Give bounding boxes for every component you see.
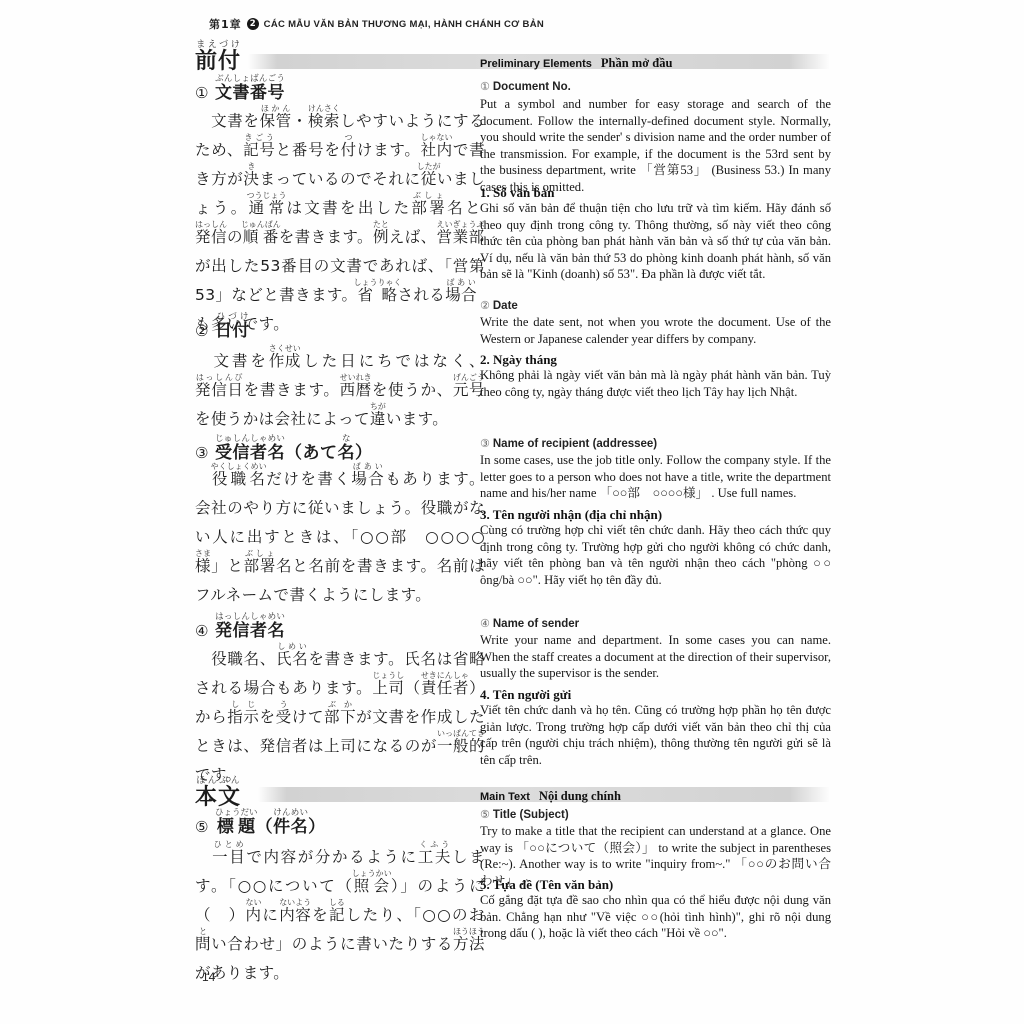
title-en: Name of recipient (addressee) (493, 438, 657, 450)
right-section-2-title-en: ②Date (480, 299, 518, 312)
right-section-1-body-vi: Ghi số văn bản để thuận tiện cho lưu trữ… (480, 200, 831, 283)
section-1-heading: ① 文書番号ぶんしょばんごう (195, 74, 285, 103)
right-section-3-title-en: ③Name of recipient (addressee) (480, 437, 657, 450)
circled-number-2-light: ② (480, 299, 490, 312)
circled-number-5: ⑤ (195, 818, 209, 836)
book-page: 第1章 2 CÁC MẪU VĂN BẢN THƯƠNG MẠI, HÀNH C… (0, 0, 1024, 1024)
section-3-body-jp: 役職名やくしょくめいだけを書く場合ばあいもあります。会社のやり方に従いましょう。… (195, 462, 485, 610)
right-section-4-title-vi: 4. Tên người gửi (480, 687, 571, 703)
right-section-5-body-vi: Cố gắng đặt tựa đề sao cho nhìn qua có t… (480, 892, 831, 942)
section-4-heading: ④ 発信者名はっしんしゃめい (195, 612, 285, 641)
circled-number-3: ③ (195, 444, 209, 462)
circled-number-3-light: ③ (480, 437, 490, 450)
section-4-body-jp: 役職名、氏名しめいを書きます。氏名は省略される場合もあります。上司じょうし（責任… (195, 642, 485, 790)
section-5-title: 標題ひょうだい（件名けんめい） (215, 808, 326, 837)
japanese-column: 前付まえづけ ① 文書番号ぶんしょばんごう 文書を保管ほかん・検索けんさくしやす… (195, 0, 485, 1024)
section-4-title: 発信者名はっしんしゃめい (215, 612, 285, 641)
section-3-title: 受信者名じゅしんしゃめい（あて名な） (215, 434, 373, 463)
section-2-heading: ② 日付ひづけ (195, 312, 250, 341)
circled-number-1: ① (195, 84, 209, 102)
title-en: Title (Subject) (493, 809, 569, 821)
right-section-2-body-vi: Không phải là ngày viết văn bản mà là ng… (480, 367, 831, 400)
title-en: Date (493, 300, 518, 312)
right-section-4-body-en: Write your name and department. In some … (480, 632, 831, 682)
right-section-3-body-en: In some cases, use the job title only. F… (480, 452, 831, 502)
circled-number-4: ④ (195, 622, 209, 640)
right-section-2-title-vi: 2. Ngày tháng (480, 352, 557, 368)
right-section-5-title-en: ⑤Title (Subject) (480, 808, 569, 821)
section-1-body-jp: 文書を保管ほかん・検索けんさくしやすいようにするため、記号きごうと番号を付つけま… (195, 104, 485, 339)
right-section-1-title-en: ①Document No. (480, 80, 571, 93)
section-5-body-jp: 一目ひとめで内容が分かるように工夫くふうします。「○○について（照会しょうかい）… (195, 840, 485, 988)
section-1-title: 文書番号ぶんしょばんごう (215, 74, 285, 103)
title-en: Name of sender (493, 618, 579, 630)
right-section-1-title-vi: 1. Số văn bản (480, 185, 554, 201)
section-2-title: 日付ひづけ (215, 312, 250, 341)
right-section-5-title-vi: 5. Tựa đề (Tên văn bản) (480, 877, 613, 893)
circled-number-5-light: ⑤ (480, 808, 490, 821)
page-number: 14 (202, 970, 215, 984)
circled-number-4-light: ④ (480, 617, 490, 630)
right-section-2-body-en: Write the date sent, not when you wrote … (480, 314, 831, 347)
title-en: Document No. (493, 81, 571, 93)
circled-number-1-light: ① (480, 80, 490, 93)
right-section-3-body-vi: Cùng có trường hợp chỉ viết tên chức dan… (480, 522, 831, 588)
section-5-heading: ⑤ 標題ひょうだい（件名けんめい） (195, 808, 326, 837)
section-2-body-jp: 文書を作成さくせいした日にちではなく、発信日はっしんびを書きます。西暦せいれきを… (195, 344, 485, 434)
honbun-heading: 本文ほんぶん (195, 776, 241, 810)
right-section-1-body-en: Put a symbol and number for easy storage… (480, 96, 831, 196)
maezuke-heading: 前付まえづけ (195, 40, 241, 74)
circled-number-2: ② (195, 322, 209, 340)
right-section-4-title-en: ④Name of sender (480, 617, 579, 630)
right-section-4-body-vi: Viết tên chức danh và họ tên. Cũng có tr… (480, 702, 831, 768)
section-3-heading: ③ 受信者名じゅしんしゃめい（あて名な） (195, 434, 372, 463)
right-section-3-title-vi: 3. Tên người nhận (địa chỉ nhận) (480, 507, 662, 523)
translation-column: ①Document No. Put a symbol and number fo… (480, 0, 831, 1024)
